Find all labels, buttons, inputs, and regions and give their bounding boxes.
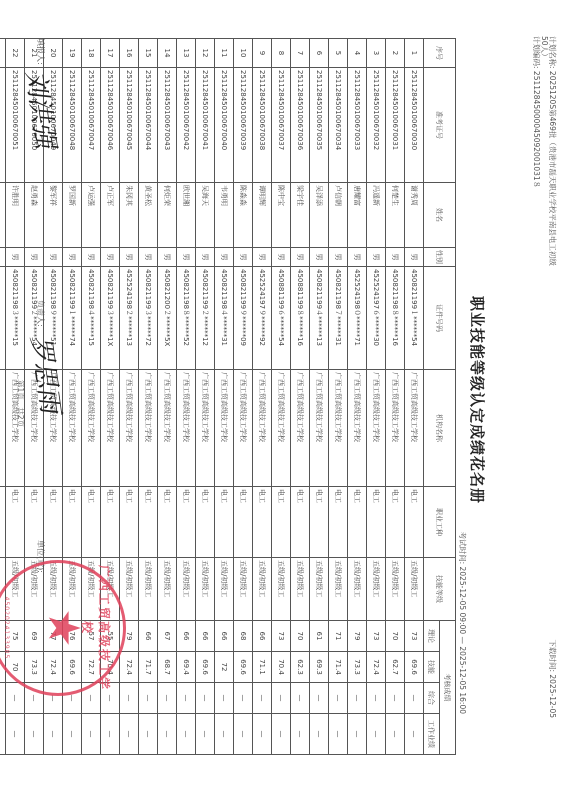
header-theory: 理论 (424, 621, 440, 652)
row-index: 19 (63, 39, 82, 68)
row-org: 广西工贸高级技工学校 (101, 370, 120, 487)
row-name: 许胜明 (6, 183, 25, 248)
row-ticket: 251128450100670036 (291, 68, 310, 183)
row-job: 电工 (215, 487, 234, 558)
row-skill: 69.6 (405, 652, 424, 683)
row-gender: 男 (44, 248, 63, 267)
row-org: 广西工贸高级技工学校 (253, 370, 272, 487)
table-row: 13251128450100670042欧世湘男450821198８******… (177, 39, 196, 755)
row-skill: 69.3 (310, 652, 329, 683)
row-work: — (386, 714, 405, 755)
row-level: 五级/初级工 (177, 558, 196, 621)
row-gender: 男 (272, 248, 291, 267)
row-overall: — (367, 683, 386, 714)
row-ticket: 251128450100670043 (158, 68, 177, 183)
row-overall: — (386, 683, 405, 714)
row-level: 五级/初级工 (253, 558, 272, 621)
row-org: 广西工贸高级技工学校 (215, 370, 234, 487)
row-overall: — (139, 683, 158, 714)
row-work: — (25, 714, 44, 755)
row-index: 23 (0, 39, 6, 68)
row-gender: 男 (82, 248, 101, 267)
row-ticket: 251128450100670031 (386, 68, 405, 183)
row-name: 黎军祥 (44, 183, 63, 248)
plan-name-value: 2025120S第469批（贵港市磊天职业学校平南县电工初级 (548, 71, 557, 266)
table-row: 2251128450100670031何楚生男450821198８******1… (386, 39, 405, 755)
row-ticket: 251128450100670045 (120, 68, 139, 183)
row-org: 广西工贸高级技工学校 (139, 370, 158, 487)
row-index: 11 (215, 39, 234, 68)
row-skill: 72 (215, 652, 234, 683)
row-index: 22 (6, 39, 25, 68)
row-name: 冯遥新 (367, 183, 386, 248)
header-work: 工作业绩 (424, 714, 440, 755)
row-name: 陈满健 (0, 183, 6, 248)
row-index: 13 (177, 39, 196, 68)
row-index: 10 (234, 39, 253, 68)
row-level: 五级/初级工 (234, 558, 253, 621)
row-index: 8 (272, 39, 291, 68)
row-org: 广西工贸高级技工学校 (348, 370, 367, 487)
row-index: 4 (348, 39, 367, 68)
row-job: 电工 (386, 487, 405, 558)
responsible-label: 负责人: (35, 300, 46, 327)
row-overall: — (291, 683, 310, 714)
exam-time: 考试时间: 2025-12-05 09:00 — 2025-12-05 16:0… (457, 532, 468, 714)
row-id-number: 450821199３******1X (101, 267, 120, 370)
row-gender: 男 (348, 248, 367, 267)
row-level: 五级/初级工 (329, 558, 348, 621)
row-ticket: 251128450100670046 (101, 68, 120, 183)
row-name: 吴海天 (196, 183, 215, 248)
row-index: 9 (253, 39, 272, 68)
document-title: 职业技能等级认定成绩花名册 (467, 0, 488, 800)
row-job: 电工 (120, 487, 139, 558)
row-index: 16 (120, 39, 139, 68)
row-ticket: 251128450100670039 (234, 68, 253, 183)
row-job: 电工 (405, 487, 424, 558)
row-job: 电工 (63, 487, 82, 558)
row-work: — (348, 714, 367, 755)
row-index: 12 (196, 39, 215, 68)
row-name: 韦勇明 (215, 183, 234, 248)
row-work: — (291, 714, 310, 755)
row-index: 3 (367, 39, 386, 68)
row-id-number: 450821199４******13 (310, 267, 329, 370)
row-work: — (196, 714, 215, 755)
row-theory: 79 (348, 621, 367, 652)
row-id-number: 452524197６******30 (367, 267, 386, 370)
row-theory: 67 (158, 621, 177, 652)
row-org: 广西工贸高级技工学校 (272, 370, 291, 487)
row-overall: — (215, 683, 234, 714)
row-org: 广西工贸高级技工学校 (196, 370, 215, 487)
row-org: 广西工贸高级技工学校 (82, 370, 101, 487)
row-gender: 男 (120, 248, 139, 267)
row-ticket: 251128450100670044 (139, 68, 158, 183)
header-name: 姓名 (424, 183, 456, 248)
row-theory: 66 (139, 621, 158, 652)
row-theory: 71 (329, 621, 348, 652)
row-skill: 62.7 (386, 652, 405, 683)
row-work: — (329, 714, 348, 755)
table-row: 12251128450100670041吴海天男450821199２******… (196, 39, 215, 755)
table-row: 1251128450100670030谢秀周男450821199１******5… (405, 39, 424, 755)
row-gender: 男 (405, 248, 424, 267)
row-theory: 73 (272, 621, 291, 652)
row-gender: 男 (291, 248, 310, 267)
row-gender: 男 (367, 248, 386, 267)
row-gender: 男 (196, 248, 215, 267)
table-row: 9251128450100670038谭明辉男452524197９******9… (253, 39, 272, 755)
row-work: — (101, 714, 120, 755)
row-skill: 73.3 (348, 652, 367, 683)
row-name: 吴泽添 (310, 183, 329, 248)
table-row: 11251128450100670040韦勇明男450821198４******… (215, 39, 234, 755)
row-work: — (234, 714, 253, 755)
row-overall: — (234, 683, 253, 714)
table-row: 4251128450100670033唐耀富男452524198０******7… (348, 39, 367, 755)
row-theory: 61 (310, 621, 329, 652)
row-overall: — (348, 683, 367, 714)
row-org: 广西工贸高级技工学校 (120, 370, 139, 487)
row-id-number: 450821198３******15 (6, 267, 25, 370)
document-page: 计划名称: 2025120S第469批（贵港市磊天职业学校平南县电工初级 50人… (0, 0, 566, 800)
row-id-number: 450821198７******31 (329, 267, 348, 370)
row-job: 电工 (101, 487, 120, 558)
row-ticket: 251128450100670041 (196, 68, 215, 183)
row-id-number: 450821198４******15 (82, 267, 101, 370)
row-id-number: 450821198８******16 (386, 267, 405, 370)
header-index: 序号 (424, 39, 456, 68)
row-id-number: 450821199１******54 (405, 267, 424, 370)
row-skill: 70.4 (272, 652, 291, 683)
row-name: 卢信朝 (329, 183, 348, 248)
row-org: 广西工贸高级技工学校 (386, 370, 405, 487)
row-job: 电工 (348, 487, 367, 558)
row-job: 电工 (82, 487, 101, 558)
row-id-number: 450821198８******52 (177, 267, 196, 370)
row-level: 五级/初级工 (196, 558, 215, 621)
row-gender: 男 (101, 248, 120, 267)
row-work: — (177, 714, 196, 755)
row-overall: — (177, 683, 196, 714)
table-header-row: 序号 准考证号 姓名 性别 证件号码 机构名称 职业工种 技能等级 考核成绩 (440, 39, 456, 755)
row-overall: — (196, 683, 215, 714)
row-org: 广西工贸高级技工学校 (367, 370, 386, 487)
header-scores-group: 考核成绩 (440, 621, 456, 755)
row-job: 电工 (177, 487, 196, 558)
row-work: — (63, 714, 82, 755)
row-id-number: 450881199８******16 (291, 267, 310, 370)
row-work: — (367, 714, 386, 755)
row-work: — (158, 714, 177, 755)
row-skill: 71.1 (253, 652, 272, 683)
row-skill: 62.3 (291, 652, 310, 683)
row-ticket: 251128450100670037 (272, 68, 291, 183)
table-row: 15251128450100670044黄圣松男450821199３******… (139, 39, 158, 755)
row-id-number: 450821199１******74 (63, 267, 82, 370)
row-id-number: 450821199９******09 (234, 267, 253, 370)
row-level: 五级/初级工 (139, 558, 158, 621)
table-row: 3251128450100670032冯遥新男452524197６******3… (367, 39, 386, 755)
row-work: — (120, 714, 139, 755)
row-work: — (6, 714, 25, 755)
row-id-number: 452524198０******71 (348, 267, 367, 370)
row-org: 广西工贸高级技工学校 (329, 370, 348, 487)
row-level: 五级/初级工 (405, 558, 424, 621)
row-id-number: 450821200１******59 (0, 267, 6, 370)
row-name: 欧世湘 (177, 183, 196, 248)
row-work: — (310, 714, 329, 755)
row-index: 20 (44, 39, 63, 68)
row-id-number: 450821199３******72 (139, 267, 158, 370)
row-theory: 73 (367, 621, 386, 652)
row-name: 罗国新 (63, 183, 82, 248)
row-org: 广西工贸高级技工学校 (405, 370, 424, 487)
row-job: 电工 (310, 487, 329, 558)
row-org: 广西工贸高级技工学校 (0, 370, 6, 487)
row-org: 广西工贸高级技工学校 (158, 370, 177, 487)
header-overall: 综合 (424, 683, 440, 714)
row-org: 广西工贸高级技工学校 (234, 370, 253, 487)
table-row: 10251128450100670039陈淼淼男450821199９******… (234, 39, 253, 755)
row-job: 电工 (291, 487, 310, 558)
row-name: 陈中宝 (272, 183, 291, 248)
header-gender: 性别 (424, 248, 456, 267)
row-index: 2 (386, 39, 405, 68)
row-job: 电工 (196, 487, 215, 558)
row-name: 谢秀周 (405, 183, 424, 248)
row-job: 电工 (0, 487, 6, 558)
row-overall: — (253, 683, 272, 714)
row-level: 五级/初级工 (386, 558, 405, 621)
header-skill: 技能 (424, 652, 440, 683)
row-id-number: 450881199６******54 (272, 267, 291, 370)
row-name: 卢正军 (101, 183, 120, 248)
row-skill: 69.4 (177, 652, 196, 683)
row-ticket: 251128450100670038 (253, 68, 272, 183)
table-row: 14251128450100670043何炬荣男450821200２******… (158, 39, 177, 755)
row-overall: — (158, 683, 177, 714)
row-ticket: 251128450100670052 (0, 68, 6, 183)
row-index: 15 (139, 39, 158, 68)
row-gender: 男 (139, 248, 158, 267)
row-skill: 72.4 (367, 652, 386, 683)
row-skill: 71.7 (139, 652, 158, 683)
row-gender: 男 (25, 248, 44, 267)
row-org: 广西工贸高级技工学校 (310, 370, 329, 487)
row-name: 陈淼淼 (234, 183, 253, 248)
row-gender: 男 (177, 248, 196, 267)
row-theory: 73 (405, 621, 424, 652)
official-stamp: 广西工贸高级技工学校 ★ 4502024133985 (0, 560, 126, 696)
row-name: 黄圣松 (139, 183, 158, 248)
row-work: — (253, 714, 272, 755)
row-gender: 男 (63, 248, 82, 267)
row-ticket: 251128450100670035 (310, 68, 329, 183)
row-name: 赵勇森 (25, 183, 44, 248)
table-row: 5251128450100670034卢信朝男450821198７******3… (329, 39, 348, 755)
row-theory: 66 (196, 621, 215, 652)
row-job: 电工 (234, 487, 253, 558)
row-job: 电工 (272, 487, 291, 558)
row-gender: 男 (6, 248, 25, 267)
plan-code: 计划编码: 25112845000045092001031８ (531, 36, 542, 188)
header-ticket: 准考证号 (424, 68, 456, 183)
row-gender: 男 (158, 248, 177, 267)
row-gender: 男 (0, 248, 6, 267)
row-level: 五级/初级工 (367, 558, 386, 621)
row-skill: 72.4 (120, 652, 139, 683)
header-org: 机构名称 (424, 370, 456, 487)
row-level: 五级/初级工 (310, 558, 329, 621)
row-work: — (215, 714, 234, 755)
row-gender: 男 (386, 248, 405, 267)
table-row: 6251128450100670035吴泽添男450821199４******1… (310, 39, 329, 755)
row-name: 谭明辉 (253, 183, 272, 248)
row-work: — (139, 714, 158, 755)
row-skill: 69.6 (196, 652, 215, 683)
row-level: 五级/初级工 (215, 558, 234, 621)
row-gender: 男 (215, 248, 234, 267)
row-ticket: 251128450100670047 (82, 68, 101, 183)
row-id-number: 450821200２******5X (158, 267, 177, 370)
filler-label: 填报人: (35, 38, 46, 65)
row-index: 14 (158, 39, 177, 68)
row-name: 梁宇佳 (291, 183, 310, 248)
row-index: 7 (291, 39, 310, 68)
row-index: 5 (329, 39, 348, 68)
row-ticket: 251128450100670048 (63, 68, 82, 183)
row-theory: 66 (253, 621, 272, 652)
row-gender: 男 (310, 248, 329, 267)
row-name: 卢运强 (82, 183, 101, 248)
row-job: 电工 (158, 487, 177, 558)
stamp-code: 4502024133985 (3, 563, 10, 693)
star-icon: ★ (41, 563, 85, 693)
row-level: 五级/初级工 (158, 558, 177, 621)
row-job: 电工 (44, 487, 63, 558)
row-work: — (272, 714, 291, 755)
row-theory: 70 (386, 621, 405, 652)
row-id-number: 450821199２******12 (196, 267, 215, 370)
row-index: 18 (82, 39, 101, 68)
row-overall: — (272, 683, 291, 714)
row-work: — (44, 714, 63, 755)
row-job: 电工 (329, 487, 348, 558)
header-id-number: 证件号码 (424, 267, 456, 370)
row-theory: 70 (291, 621, 310, 652)
row-level: 五级/初级工 (272, 558, 291, 621)
plan-name: 计划名称: 2025120S第469批（贵港市磊天职业学校平南县电工初级 (547, 36, 558, 266)
row-overall: — (329, 683, 348, 714)
plan-code-value: 25112845000045092001031８ (532, 71, 541, 188)
row-level: 五级/初级工 (348, 558, 367, 621)
row-overall: — (120, 683, 139, 714)
row-overall: — (310, 683, 329, 714)
row-theory: 66 (215, 621, 234, 652)
row-id-number: 452524197９******92 (253, 267, 272, 370)
header-level: 技能等级 (424, 558, 456, 621)
row-ticket: 251128450100670030 (405, 68, 424, 183)
header-job: 职业工种 (424, 487, 456, 558)
row-skill: 68.7 (158, 652, 177, 683)
row-level: 五级/初级工 (291, 558, 310, 621)
row-job: 电工 (6, 487, 25, 558)
row-name: 朱冈其 (120, 183, 139, 248)
row-gender: 男 (234, 248, 253, 267)
row-index: 6 (310, 39, 329, 68)
row-ticket: 251128450100670032 (367, 68, 386, 183)
table-row: 7251128450100670036梁宇佳男450881199８******1… (291, 39, 310, 755)
row-ticket: 251128450100670033 (348, 68, 367, 183)
row-theory: 66 (177, 621, 196, 652)
row-id-number: 450821198４******31 (215, 267, 234, 370)
row-ticket: 251128450100670042 (177, 68, 196, 183)
row-id-number: 452524198２******13 (120, 267, 139, 370)
row-index: 17 (101, 39, 120, 68)
row-skill: 69.6 (234, 652, 253, 683)
row-name: 何楚生 (386, 183, 405, 248)
row-name: 何炬荣 (158, 183, 177, 248)
row-theory: 68 (234, 621, 253, 652)
row-gender: 男 (253, 248, 272, 267)
row-ticket: 251128450100670034 (329, 68, 348, 183)
row-org: 广西工贸高级技工学校 (177, 370, 196, 487)
row-work: — (82, 714, 101, 755)
row-skill: 71.4 (329, 652, 348, 683)
row-job: 电工 (367, 487, 386, 558)
row-index: 1 (405, 39, 424, 68)
page-info: 第1页，共2页 (15, 380, 26, 427)
row-gender: 男 (329, 248, 348, 267)
row-work: — (0, 714, 6, 755)
row-job: 电工 (139, 487, 158, 558)
row-work: — (405, 714, 424, 755)
row-job: 电工 (253, 487, 272, 558)
download-time: 下载时间: 2025-12-05 (547, 640, 558, 719)
plan-code-label: 计划编码: (532, 36, 541, 69)
row-org: 广西工贸高级技工学校 (291, 370, 310, 487)
row-overall: — (405, 683, 424, 714)
row-name: 唐耀富 (348, 183, 367, 248)
table-row: 8251128450100670037陈中宝男450881199６******5… (272, 39, 291, 755)
row-ticket: 251128450100670040 (215, 68, 234, 183)
